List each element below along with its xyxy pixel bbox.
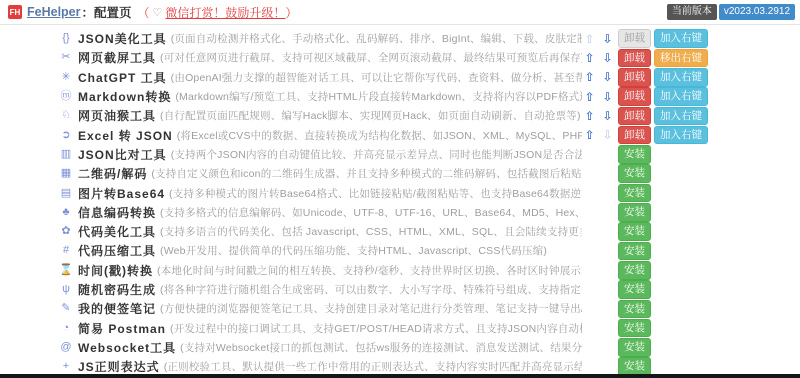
install-button[interactable]: 安装 xyxy=(618,203,651,222)
install-button[interactable]: 安装 xyxy=(618,184,651,203)
tool-row: ✿代码美化工具(支持多语言的代码美化、包括 Javascript、CSS、HTM… xyxy=(58,222,800,241)
tool-description: (支持对Websocket接口的抓包测试、包括ws服务的连接测试、消息发送测试、… xyxy=(180,340,582,355)
tool-title: JS正则表达式 xyxy=(78,358,160,375)
tool-controls: 安装 xyxy=(582,338,800,357)
tool-controls: ⇧⇩卸载移出右键 xyxy=(582,49,800,68)
tool-title: JSON比对工具 xyxy=(78,146,167,163)
uninstall-button[interactable]: 卸载 xyxy=(618,87,651,106)
tool-row: ✳ChatGPT 工具(由OpenAI强力支撑的超智能对话工具、可以让它帮你写代… xyxy=(58,68,800,87)
tool-controls: 安装 xyxy=(582,280,800,299)
tool-row: ⓜMarkdown转换(Markdown编写/预览工具、支持HTML片段直接转M… xyxy=(58,87,800,106)
tool-title: 二维码/解码 xyxy=(78,165,147,182)
tool-description: (开发过程中的接口调试工具、支持GET/POST/HEAD请求方式、且支持JSO… xyxy=(170,321,582,336)
tool-controls: ⇧⇩卸载加入右键 xyxy=(582,87,800,106)
tool-description: (支持多种模式的图片转Base64格式、比如链接粘贴/截图粘贴等、也支持Base… xyxy=(169,186,582,201)
paw-icon: ♣ xyxy=(58,207,74,218)
hourglass-icon: ⌛ xyxy=(58,265,74,276)
move-up-icon[interactable]: ⇧ xyxy=(582,91,597,103)
add-context-button[interactable]: 加入右键 xyxy=(654,87,708,106)
tool-controls: ⇧⇩卸载加入右键 xyxy=(582,107,800,126)
tool-row: #代码压缩工具(Web开发用、提供简单的代码压缩功能、支持HTML、Javasc… xyxy=(58,241,800,260)
tool-title: 随机密码生成 xyxy=(78,281,156,298)
uninstall-button[interactable]: 卸载 xyxy=(618,68,651,87)
heart-icon: ♡ xyxy=(153,6,163,19)
tool-row: ▤图片转Base64(支持多种模式的图片转Base64格式、比如链接粘贴/截图粘… xyxy=(58,183,800,202)
move-down-icon[interactable]: ⇩ xyxy=(600,91,615,103)
tool-title: 图片转Base64 xyxy=(78,185,165,202)
install-button[interactable]: 安装 xyxy=(618,164,651,183)
tool-title: 信息编码转换 xyxy=(78,204,156,221)
tool-description: (Web开发用、提供简单的代码压缩功能、支持HTML、Javascript、CS… xyxy=(160,243,582,258)
tool-title: 网页油猴工具 xyxy=(78,107,156,124)
image-icon: ▤ xyxy=(58,188,74,199)
tool-row: ▥JSON比对工具(支持两个JSON内容的自动键值比较、并高亮显示差异点、同时也… xyxy=(58,145,800,164)
tool-title: Markdown转换 xyxy=(78,88,171,105)
add-context-button[interactable]: 加入右键 xyxy=(654,68,708,87)
tool-description: (将各种字符进行随机组合生成密码、可以由数字、大小写字母、特殊符号组成、支持指定… xyxy=(160,282,582,297)
flower-icon: ✿ xyxy=(58,226,74,237)
tool-controls: 安装 xyxy=(582,203,800,222)
qrcode-icon: ▦ xyxy=(58,168,74,179)
remove-context-button[interactable]: 移出右键 xyxy=(654,49,708,68)
tool-controls: ⇧⇩卸载加入右键 xyxy=(582,68,800,87)
tool-title: Excel 转 JSON xyxy=(78,127,173,144)
key-icon: ψ xyxy=(58,284,74,295)
move-down-icon[interactable]: ⇩ xyxy=(600,71,615,83)
tool-title: 我的便签笔记 xyxy=(78,300,156,317)
tool-description: (方便快捷的浏览器便签笔记工具、支持创建目录对笔记进行分类管理、笔记支持一键导出… xyxy=(160,301,582,316)
tool-controls: 安装 xyxy=(582,145,800,164)
tool-controls: 安装 xyxy=(582,300,800,319)
install-button[interactable]: 安装 xyxy=(618,338,651,357)
tool-title: 网页截屏工具 xyxy=(78,49,156,66)
uninstall-button[interactable]: 卸载 xyxy=(618,107,651,126)
plus-icon: + xyxy=(58,361,74,372)
tool-description: (正则校验工具、默认提供一些工作中常用的正则表达式、支持内容实时匹配并高亮显示结… xyxy=(164,359,582,374)
page-title: ：配置页 xyxy=(82,3,132,21)
version-label-badge: 当前版本 xyxy=(667,4,717,20)
install-button[interactable]: 安装 xyxy=(618,300,651,319)
tool-description: (由OpenAI强力支撑的超智能对话工具、可以让它帮你写代码、查资料、做分析、甚… xyxy=(171,70,582,85)
tool-row: ◔简易 Postman(开发过程中的接口调试工具、支持GET/POST/HEAD… xyxy=(58,318,800,337)
tool-list: {}JSON美化工具(页面自动检测并格式化、手动格式化、乱码解码、排序、BigI… xyxy=(0,25,800,376)
tool-controls: 安装 xyxy=(582,164,800,183)
page-header: FH FeHelper ：配置页 （ ♡ 微信打赏！鼓励升级！ ） 当前版本 v… xyxy=(0,0,800,25)
bottom-divider xyxy=(0,374,800,378)
tool-title: 简易 Postman xyxy=(78,320,166,337)
tool-row: ➲Excel 转 JSON(将Excel或CVS中的数据、直接转换成为结构化数据… xyxy=(58,125,800,144)
pencil-icon: ✎ xyxy=(58,303,74,314)
tool-row: @Websocket工具(支持对Websocket接口的抓包测试、包括ws服务的… xyxy=(58,338,800,357)
tool-description: (支持自定义颜色和icon的二维码生成器、并且支持多种模式的二维码解码、包括截图… xyxy=(151,166,582,181)
hash-icon: # xyxy=(58,245,74,256)
tool-controls: 安装 xyxy=(582,222,800,241)
tool-row: ♘网页油猴工具(自行配置页面匹配规则、编写Hack脚本、实现网页Hack、如页面… xyxy=(58,106,800,125)
tool-row: {}JSON美化工具(页面自动检测并格式化、手动格式化、乱码解码、排序、BigI… xyxy=(58,29,800,48)
tool-title: 时间(戳)转换 xyxy=(78,262,153,279)
move-down-icon[interactable]: ⇩ xyxy=(600,52,615,64)
tool-controls: 安装 xyxy=(582,319,800,338)
install-button[interactable]: 安装 xyxy=(618,145,651,164)
tool-row: ψ随机密码生成(将各种字符进行随机组合生成密码、可以由数字、大小写字母、特殊符号… xyxy=(58,280,800,299)
fehelper-logo: FH xyxy=(8,5,22,19)
tool-description: (本地化时间与时间戳之间的相互转换、支持秒/毫秒、支持世界时区切换、各时区时钟展… xyxy=(157,263,582,278)
tool-description: (支持两个JSON内容的自动键值比较、并高亮显示差异点、同时也能判断JSON是否… xyxy=(171,147,582,162)
tool-description: (Markdown编写/预览工具、支持HTML片段直接转Markdown、支持将… xyxy=(175,89,582,104)
tool-description: (支持多格式的信息编解码、如Unicode、UTF-8、UTF-16、URL、B… xyxy=(160,205,582,220)
tool-description: (支持多语言的代码美化、包括 Javascript、CSS、HTML、XML、S… xyxy=(160,224,582,239)
columns-icon: ▥ xyxy=(58,149,74,160)
tool-row: ▦二维码/解码(支持自定义颜色和icon的二维码生成器、并且支持多种模式的二维码… xyxy=(58,164,800,183)
tool-description: (可对任意网页进行截屏、支持可视区域截屏、全网页滚动截屏、最终结果可预览后再保存… xyxy=(160,50,582,65)
version-badges: 当前版本 v2023.03.2912 xyxy=(667,4,795,20)
version-value-badge: v2023.03.2912 xyxy=(719,4,795,20)
donate-paren-open: （ xyxy=(138,4,150,21)
donate-area: （ ♡ 微信打赏！鼓励升级！ ） xyxy=(138,4,298,21)
donate-paren-close: ） xyxy=(285,4,297,21)
at-circle-icon: @ xyxy=(58,342,74,353)
tool-title: ChatGPT 工具 xyxy=(78,69,167,86)
globe-icon: ◔ xyxy=(58,323,74,334)
scissors-icon: ✂ xyxy=(58,52,74,63)
tampermonkey-icon: ♘ xyxy=(58,110,74,121)
tool-description: (页面自动检测并格式化、手动格式化、乱码解码、排序、BigInt、编辑、下载、皮… xyxy=(171,31,582,46)
install-button[interactable]: 安装 xyxy=(618,319,651,338)
tool-row: ⌛时间(戳)转换(本地化时间与时间戳之间的相互转换、支持秒/毫秒、支持世界时区切… xyxy=(58,261,800,280)
fehelper-home-link[interactable]: FeHelper xyxy=(27,5,81,19)
move-up-icon[interactable]: ⇧ xyxy=(582,52,597,64)
move-up-icon[interactable]: ⇧ xyxy=(582,71,597,83)
tool-row: ♣信息编码转换(支持多格式的信息编解码、如Unicode、UTF-8、UTF-1… xyxy=(58,203,800,222)
tool-row: ✂网页截屏工具(可对任意网页进行截屏、支持可视区域截屏、全网页滚动截屏、最终结果… xyxy=(58,48,800,67)
tool-description: (自行配置页面匹配规则、编写Hack脚本、实现网页Hack、如页面自动刷新、自动… xyxy=(160,108,582,123)
add-context-button[interactable]: 加入右键 xyxy=(654,126,708,145)
install-button[interactable]: 安装 xyxy=(618,222,651,241)
donate-link[interactable]: 微信打赏！鼓励升级！ xyxy=(165,4,285,21)
tool-controls: 安装 xyxy=(582,184,800,203)
tool-controls: 安装 xyxy=(582,242,800,261)
tool-controls: 安装 xyxy=(582,261,800,280)
move-up-icon[interactable]: ⇧ xyxy=(582,110,597,122)
tool-title: JSON美化工具 xyxy=(78,30,167,47)
tool-controls: ⇧⇩卸载加入右键 xyxy=(582,29,800,48)
tool-title: 代码美化工具 xyxy=(78,223,156,240)
uninstall-button[interactable]: 卸载 xyxy=(618,126,651,145)
add-context-button[interactable]: 加入右键 xyxy=(654,107,708,126)
markdown-icon: ⓜ xyxy=(58,91,74,102)
install-button[interactable]: 安装 xyxy=(618,261,651,280)
tool-title: 代码压缩工具 xyxy=(78,242,156,259)
tool-title: Websocket工具 xyxy=(78,339,176,356)
uninstall-button: 卸载 xyxy=(618,29,651,48)
tool-row: ✎我的便签笔记(方便快捷的浏览器便签笔记工具、支持创建目录对笔记进行分类管理、笔… xyxy=(58,299,800,318)
braces-icon: {} xyxy=(58,33,74,44)
excel-convert-icon: ➲ xyxy=(58,130,74,141)
openai-icon: ✳ xyxy=(58,72,74,83)
uninstall-button[interactable]: 卸载 xyxy=(618,49,651,68)
install-button[interactable]: 安装 xyxy=(618,242,651,261)
move-down-icon: ⇩ xyxy=(600,129,615,141)
move-up-icon: ⇧ xyxy=(582,33,597,45)
move-down-icon[interactable]: ⇩ xyxy=(600,33,615,45)
move-down-icon[interactable]: ⇩ xyxy=(600,110,615,122)
install-button[interactable]: 安装 xyxy=(618,280,651,299)
move-up-icon[interactable]: ⇧ xyxy=(582,129,597,141)
add-context-button[interactable]: 加入右键 xyxy=(654,29,708,48)
tool-controls: ⇧⇩卸载加入右键 xyxy=(582,126,800,145)
tool-description: (将Excel或CVS中的数据、直接转换成为结构化数据、如JSON、XML、My… xyxy=(177,128,582,143)
